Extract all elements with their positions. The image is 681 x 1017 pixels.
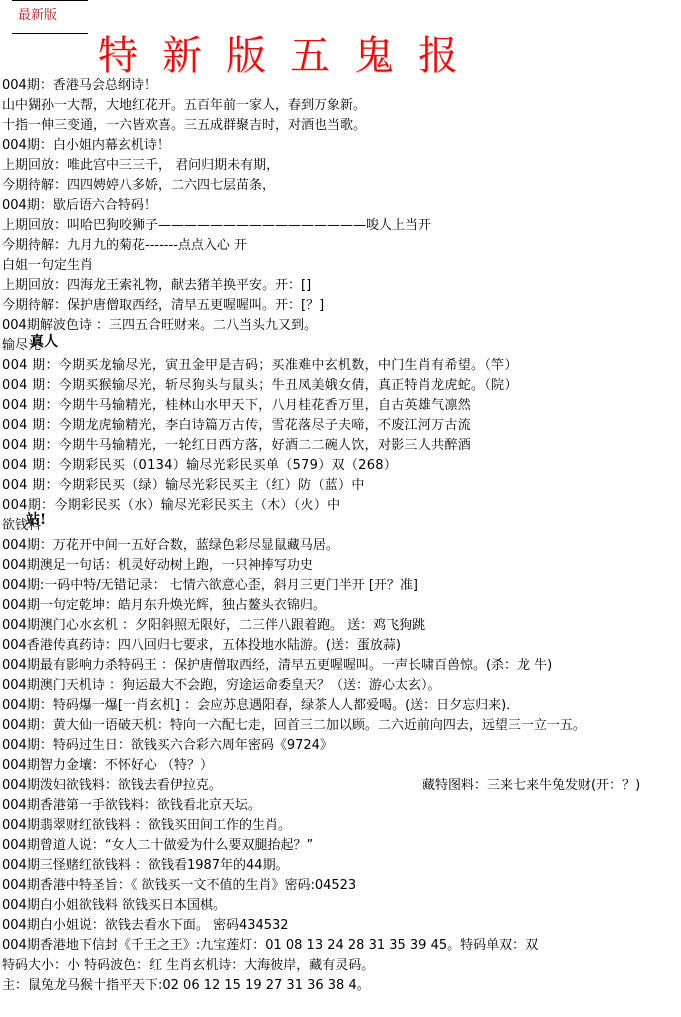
text-line: 004期白小姐欲钱料 欲钱买日本国棋。 bbox=[2, 896, 681, 916]
text-line: 004期：万花开中间一五好合数，蓝绿色彩尽显鼠藏马居。 bbox=[2, 536, 681, 556]
text-line: 004期：香港马会总纲诗！ bbox=[2, 76, 681, 96]
text-line: 上期回放：叫哈巴狗咬狮子————————————————唆人上当开 bbox=[2, 216, 681, 236]
page-title: 特新版五鬼报 bbox=[98, 24, 482, 81]
text-line: 004 期：今期彩民买（绿）输尽光彩民买主（红）防（蓝）中 bbox=[2, 476, 681, 496]
text-line: 004期澳足一句话：机灵好动树上跑，一只神捧写功史 bbox=[2, 556, 681, 576]
section-heading-lose: 输尽光 真人 bbox=[2, 336, 681, 356]
text-line: 004期：歇后语六合特码！ bbox=[2, 196, 681, 216]
text-line: 今期待解：九月九的菊花-------点点入心 开 bbox=[2, 236, 681, 256]
document-body: 004期：香港马会总纲诗！ 山中猢孙一大帮，大地红花开。五百年前一家人，春到万象… bbox=[2, 76, 681, 996]
text-line: 004期：黄大仙一语破天机：特向一六配七走，回首三二加以顾。二六近前向四去，远望… bbox=[2, 716, 681, 736]
text-line: 004期：今期彩民买（水）输尽光彩民买主（木）（火）中 bbox=[2, 496, 681, 516]
text-line: 004期澳门天机诗 ：狗运最大不会跑，穷途运命委皇天？（送：游心太玄）。 bbox=[2, 676, 681, 696]
text-line: 004 期：今期龙虎输精光，李白诗篇万古传，雪花落尽子夫啼，不废江河万古流 bbox=[2, 416, 681, 436]
text-line-with-note: 004期泼妇欲钱料：欲钱去看伊拉克。 藏特图料：三来七来牛兔发财(开：？) bbox=[2, 776, 681, 796]
text-line: 004期曾道人说：“女人二十做爱为什么要双腿抬起？” bbox=[2, 836, 681, 856]
edition-badge: 最新版 bbox=[12, 0, 88, 34]
text-line: 004期解波色诗 ：三四五合旺财来。二八当头九又到。 bbox=[2, 316, 681, 336]
text-line: 山中猢孙一大帮，大地红花开。五百年前一家人，春到万象新。 bbox=[2, 96, 681, 116]
text-line: 主：鼠兔龙马猴十指平天下:02 06 12 15 19 27 31 36 38 … bbox=[2, 976, 681, 996]
text-line: 004期：特码过生日：欲钱买六合彩六周年密码《9724》 bbox=[2, 736, 681, 756]
text-line: 004期最有影响力杀特码王 ：保护唐僧取西经，清早五更喔喔叫。一声长啸百兽惊。(… bbox=[2, 656, 681, 676]
side-note: 藏特图料：三来七来牛兔发财(开：？) bbox=[422, 776, 640, 796]
text-line: 004香港传真药诗：四八回归七要求，五体投地水陆游。(送：蛋放蒜) bbox=[2, 636, 681, 656]
text-line: 004期:一码中特/无错记录： 七情六欲意心歪，斜月三更门半开 [开？准] bbox=[2, 576, 681, 596]
edition-badge-label: 最新版 bbox=[18, 4, 57, 23]
text-line: 004期澳门心水玄机 ：夕阳斜照无限好，二三伴八跟着跑。 送：鸡飞狗跳 bbox=[2, 616, 681, 636]
overlay-label-station: 站! bbox=[26, 510, 46, 530]
text-line: 004期一句定乾坤：皓月东升焕光辉，独占鳌头衣锦归。 bbox=[2, 596, 681, 616]
section-heading-money: 欲钱料 站! bbox=[2, 516, 681, 536]
text-line: 004 期：今期买龙输尽光，寅丑金甲是吉码；买准难中玄机数，中门生肖有希望。（竿… bbox=[2, 356, 681, 376]
text-line: 004期白小姐说：欲钱去看水下面。 密码434532 bbox=[2, 916, 681, 936]
text-line: 004 期：今期买猴输尽光，斩尽狗头与鼠头；牛丑凤美娥女倩，真正特肖龙虎蛇。（院… bbox=[2, 376, 681, 396]
text-line: 004期泼妇欲钱料：欲钱去看伊拉克。 bbox=[2, 778, 222, 793]
text-line: 今期待解：四四娉婷八多娇，二六四七层苗条， bbox=[2, 176, 681, 196]
text-line: 004期智力金壤：不怀好心 （特？） bbox=[2, 756, 681, 776]
text-line: 004期香港中特圣旨：《 欲钱买一文不值的生肖》密码:04523 bbox=[2, 876, 681, 896]
text-line: 白姐一句定生肖 bbox=[2, 256, 681, 276]
text-line: 004 期：今期彩民买（0134）输尽光彩民买单（579）双（268） bbox=[2, 456, 681, 476]
text-line: 004期香港第一手欲钱料：欲钱看北京天坛。 bbox=[2, 796, 681, 816]
text-line: 004期翡翠财红欲钱料 ：欲钱买田间工作的生肖。 bbox=[2, 816, 681, 836]
text-line: 十指一伸三变通，一六皆欢喜。三五成群聚吉时，对酒也当歌。 bbox=[2, 116, 681, 136]
text-line: 004期香港地下信封《千王之王》:九宝莲灯：01 08 13 24 28 31 … bbox=[2, 936, 681, 956]
text-line: 特码大小：小 特码波色：红 生肖玄机诗：大海彼岸，藏有灵码。 bbox=[2, 956, 681, 976]
text-line: 上期回放：四海龙王索礼物，献去猪羊换平安。开：[] bbox=[2, 276, 681, 296]
text-line: 004 期：今期牛马输精光，桂林山水甲天下，八月桂花香万里，自古英雄气凛然 bbox=[2, 396, 681, 416]
text-line: 004期：白小姐内幕玄机诗！ bbox=[2, 136, 681, 156]
text-line: 今期待解：保护唐僧取西经，清早五更喔喔叫。开：[？] bbox=[2, 296, 681, 316]
text-line: 004期三怪赌红欲钱料 ：欲钱看1987年的44期。 bbox=[2, 856, 681, 876]
text-line: 004期：特码爆一爆[一肖玄机] ：会应苏息遇阳春，绿茶人人都爱喝。(送：日夕忘… bbox=[2, 696, 681, 716]
text-line: 004 期：今期牛马输精光，一轮红日西方落，好酒二二碗人饮，对影三人共醉酒 bbox=[2, 436, 681, 456]
text-line: 上期回放：唯此宫中三三千， 君问归期未有期， bbox=[2, 156, 681, 176]
overlay-label-real: 真人 bbox=[30, 332, 58, 352]
